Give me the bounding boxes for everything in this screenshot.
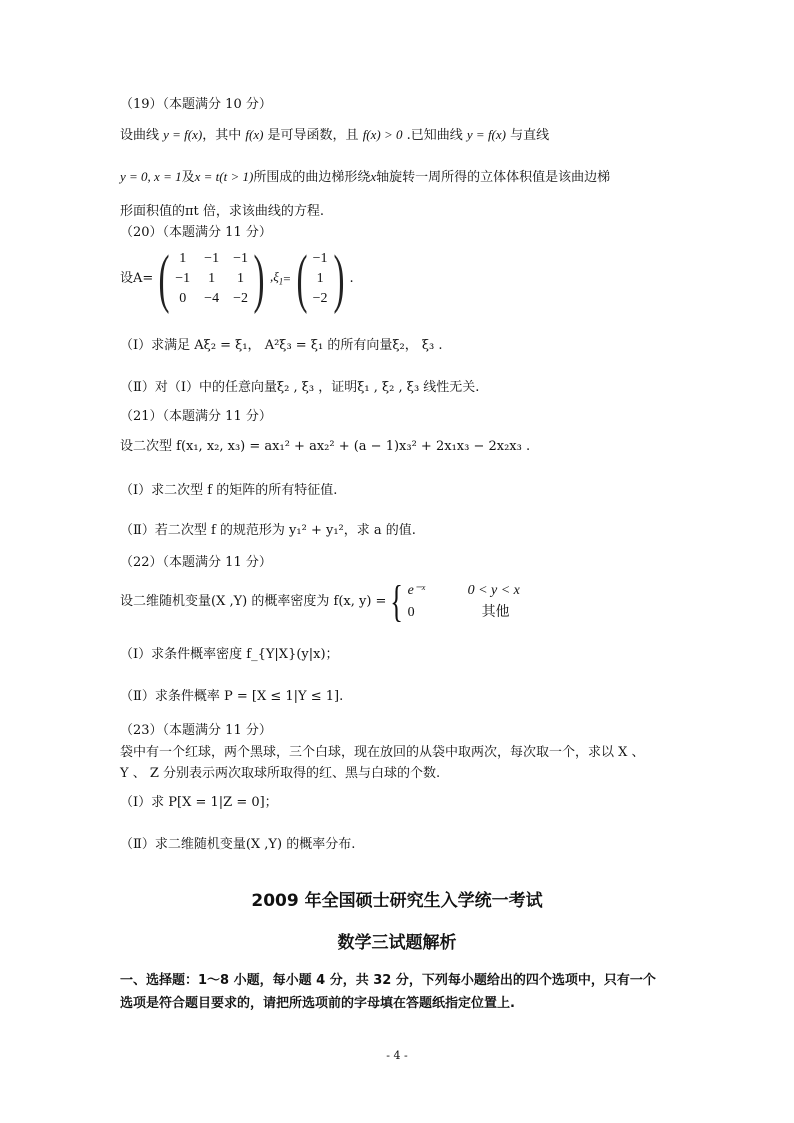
matrix-cell: −1 xyxy=(204,250,219,268)
matrix-a: ( 1−1−1−1110−4−2 ) xyxy=(153,246,270,312)
q19-line1: 设曲线 y = f(x)，其中 f(x) 是可导函数，且 f(x) > 0 .已… xyxy=(120,126,549,145)
q23-part2: （Ⅱ）求二维随机变量(X ,Y) 的概率分布. xyxy=(120,836,355,854)
piecewise: e⁻ˣ 0 < y < x 0 其他 xyxy=(408,582,520,622)
text: 与直线 xyxy=(506,128,549,143)
matrix-cell: 1 xyxy=(175,250,190,268)
math: y = f(x) xyxy=(163,127,202,142)
page-number: - 4 - xyxy=(0,1049,794,1062)
solution-title2: 数学三试题解析 xyxy=(0,928,794,953)
q20-part2: （Ⅱ）对（Ⅰ）中的任意向量ξ₂ , ξ₃ ，证明ξ₁ , ξ₂ , ξ₃ 线性无… xyxy=(120,379,479,397)
q22-part2: （Ⅱ）求条件概率 P = [X ≤ 1|Y ≤ 1]. xyxy=(120,688,343,706)
q23-header: （23）（本题满分 11 分） xyxy=(120,722,272,740)
q22-part1: （Ⅰ）求条件概率密度 f_{Y|X}(y|x)； xyxy=(120,646,339,664)
matrix-cell: 1 xyxy=(204,270,219,288)
math: y = f(x) xyxy=(467,127,506,142)
text: 所围成的曲边梯形绕 xyxy=(253,170,370,185)
brace: { xyxy=(391,580,404,624)
q22-statement: 设二维随机变量(X ,Y) 的概率密度为 f(x, y) = { e⁻ˣ 0 <… xyxy=(120,578,520,626)
matrix-a-grid: 1−1−1−1110−4−2 xyxy=(175,250,248,308)
q19-header: （19）（本题满分 10 分） xyxy=(120,96,272,114)
math: f(x) xyxy=(245,127,263,142)
q21-part1: （Ⅰ）求二次型 f 的矩阵的所有特征值. xyxy=(120,482,337,500)
text: 是可导函数，且 xyxy=(263,128,362,143)
math: y = 0, x = 1 xyxy=(120,169,182,184)
q21-header: （21）（本题满分 11 分） xyxy=(120,408,272,426)
matrix-cell: 0 xyxy=(175,290,190,308)
q22-header: （22）（本题满分 11 分） xyxy=(120,554,272,572)
math: f(x) > 0 xyxy=(363,127,403,142)
text: 及 xyxy=(182,170,195,185)
q21-part2: （Ⅱ）若二次型 f 的规范形为 y₁² + y₁²，求 a 的值. xyxy=(120,522,416,540)
text: .已知曲线 xyxy=(403,128,467,143)
text: 设曲线 xyxy=(120,128,163,143)
section1-line1: 一、选择题：1～8 小题，每小题 4 分，共 32 分，下列每小题给出的四个选项… xyxy=(120,972,656,990)
q19-line3: 形面积值的πt 倍，求该曲线的方程. xyxy=(120,203,324,221)
q20-matrix-line: 设A= ( 1−1−1−1110−4−2 ) ,ξ1 = ( −11−2 ) . xyxy=(120,244,354,314)
math: x = t(t > 1) xyxy=(195,169,254,184)
text: 设A= xyxy=(120,270,153,288)
matrix-cell: 1 xyxy=(233,270,248,288)
matrix-cell: −1 xyxy=(175,270,190,288)
q20-header: （20）（本题满分 11 分） xyxy=(120,224,272,242)
q23-statement1: 袋中有一个红球，两个黑球，三个白球，现在放回的从袋中取两次，每次取一个，求以 X… xyxy=(120,744,645,762)
matrix-cell: 1 xyxy=(313,270,328,288)
q23-statement2: Y 、 Z 分别表示两次取球所取得的红、黑与白球的个数. xyxy=(120,765,440,783)
matrix-cell: −4 xyxy=(204,290,219,308)
q23-part1: （Ⅰ）求 P[X = 1|Z = 0]； xyxy=(120,794,278,812)
matrix-cell: −1 xyxy=(233,250,248,268)
section1-line2: 选项是符合题目要求的，请把所选项前的字母填在答题纸指定位置上. xyxy=(120,995,515,1013)
text: 轴旋转一周所得的立体体积值是该曲边梯 xyxy=(376,170,610,185)
vector-xi1-grid: −11−2 xyxy=(313,250,328,308)
matrix-cell: −2 xyxy=(233,290,248,308)
q20-part1: （Ⅰ）求满足 Aξ₂ = ξ₁， A²ξ₃ = ξ₁ 的所有向量ξ₂， ξ₃ . xyxy=(120,337,442,355)
matrix-cell: −2 xyxy=(313,290,328,308)
vector-xi1: ( −11−2 ) xyxy=(291,246,350,312)
solution-title1: 2009 年全国硕士研究生入学统一考试 xyxy=(0,886,794,911)
matrix-cell: −1 xyxy=(313,250,328,268)
text: ，其中 xyxy=(202,128,245,143)
q19-line2: y = 0, x = 1及x = t(t > 1)所围成的曲边梯形绕x轴旋转一周… xyxy=(120,168,610,187)
xi1-label: ,ξ1 xyxy=(270,268,283,291)
q21-statement: 设二次型 f(x₁, x₂, x₃) = ax₁² + ax₂² + (a − … xyxy=(120,438,530,456)
